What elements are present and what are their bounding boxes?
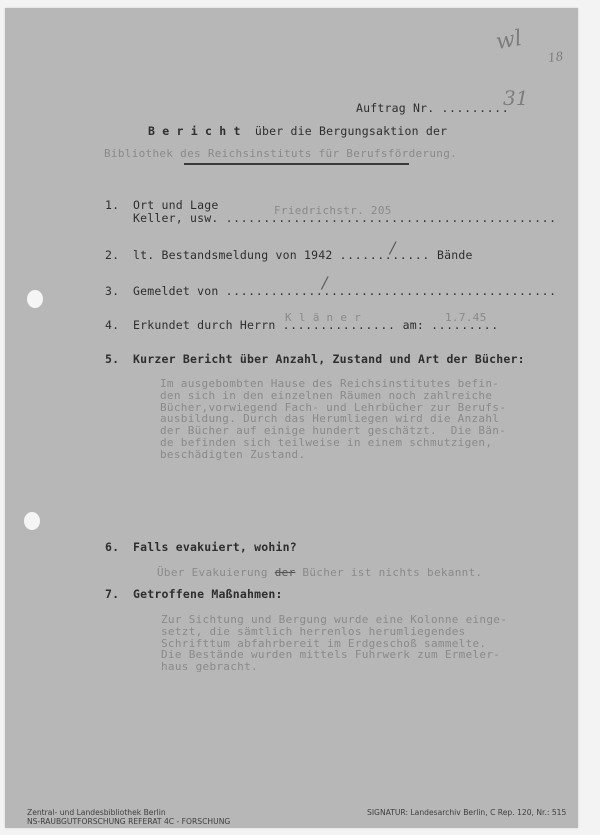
item-6-body-pre: Über Evakuierung	[157, 566, 268, 579]
footer-library-name: Zentral- und Landesbibliothek Berlin	[27, 808, 166, 817]
institution-name: Bibliothek des Reichsinstituts für Beruf…	[104, 147, 457, 160]
punch-hole-bottom	[24, 512, 40, 530]
item-6-label: Falls evakuiert, wohin?	[133, 540, 297, 554]
item-6-body: Über Evakuierung der Bücher ist nichts b…	[157, 566, 482, 579]
title-rest: über die Bergungsaktion der	[255, 124, 447, 138]
item-number-5: 5.	[105, 352, 119, 366]
item-7-body: Zur Sichtung und Bergung wurde eine Kolo…	[161, 614, 507, 673]
item-2-dots: ............	[340, 248, 430, 262]
item-4-date-label: am:	[403, 318, 424, 332]
item-1-value: Friedrichstr. 205	[274, 204, 392, 217]
item-3-label: Gemeldet von	[133, 284, 218, 298]
item-6-struck-word: der	[275, 566, 296, 579]
footer-signature: SIGNATUR: Landesarchiv Berlin, C Rep. 12…	[367, 808, 566, 817]
item-2-label: lt. Bestandsmeldung von 1942	[133, 248, 332, 262]
title-underline	[184, 163, 409, 165]
order-label: Auftrag Nr. .........	[356, 101, 509, 115]
item-6-body-post: Bücher ist nichts bekannt.	[302, 566, 482, 579]
item-number-1: 1.	[105, 198, 119, 212]
item-number-6: 6.	[105, 540, 119, 554]
item-3-dots: ........................................…	[226, 284, 557, 298]
footer-department: NS-RAUBGUTFORSCHUNG REFERAT 4C - FORSCHU…	[27, 817, 230, 826]
item-5-body: Im ausgebombten Hause des Reichsinstitut…	[160, 378, 506, 461]
title-spaced: B e r i c h t	[148, 124, 241, 138]
item-4-label: Erkundet durch Herrn	[133, 318, 275, 332]
item-2-suffix: Bände	[437, 248, 473, 262]
item-3-value: /	[322, 273, 327, 292]
report-title: B e r i c h t über die Bergungsaktion de…	[148, 124, 447, 138]
item-5-label: Kurzer Bericht über Anzahl, Zustand und …	[133, 352, 525, 366]
handwritten-initials: wl	[494, 26, 524, 55]
item-2-value: /	[390, 238, 395, 257]
item-1-label-line1: Ort und Lage	[133, 198, 218, 212]
order-dots: .........	[442, 101, 510, 115]
item-4-value: K l ä n e r	[285, 311, 361, 324]
order-label-text: Auftrag Nr.	[356, 101, 434, 115]
item-2-row: lt. Bestandsmeldung von 1942 ...........…	[133, 248, 473, 262]
item-7-label: Getroffene Maßnahmen:	[133, 587, 283, 601]
page-number: 18	[547, 49, 564, 65]
item-number-2: 2.	[105, 248, 119, 262]
item-number-4: 4.	[105, 318, 119, 332]
item-3-row: Gemeldet von ...........................…	[133, 284, 557, 298]
item-number-3: 3.	[105, 284, 119, 298]
item-4-date-value: 1.7.45	[445, 311, 487, 324]
item-1-label-text: Keller, usw.	[133, 211, 218, 225]
item-number-7: 7.	[105, 587, 119, 601]
punch-hole-top	[27, 290, 43, 308]
